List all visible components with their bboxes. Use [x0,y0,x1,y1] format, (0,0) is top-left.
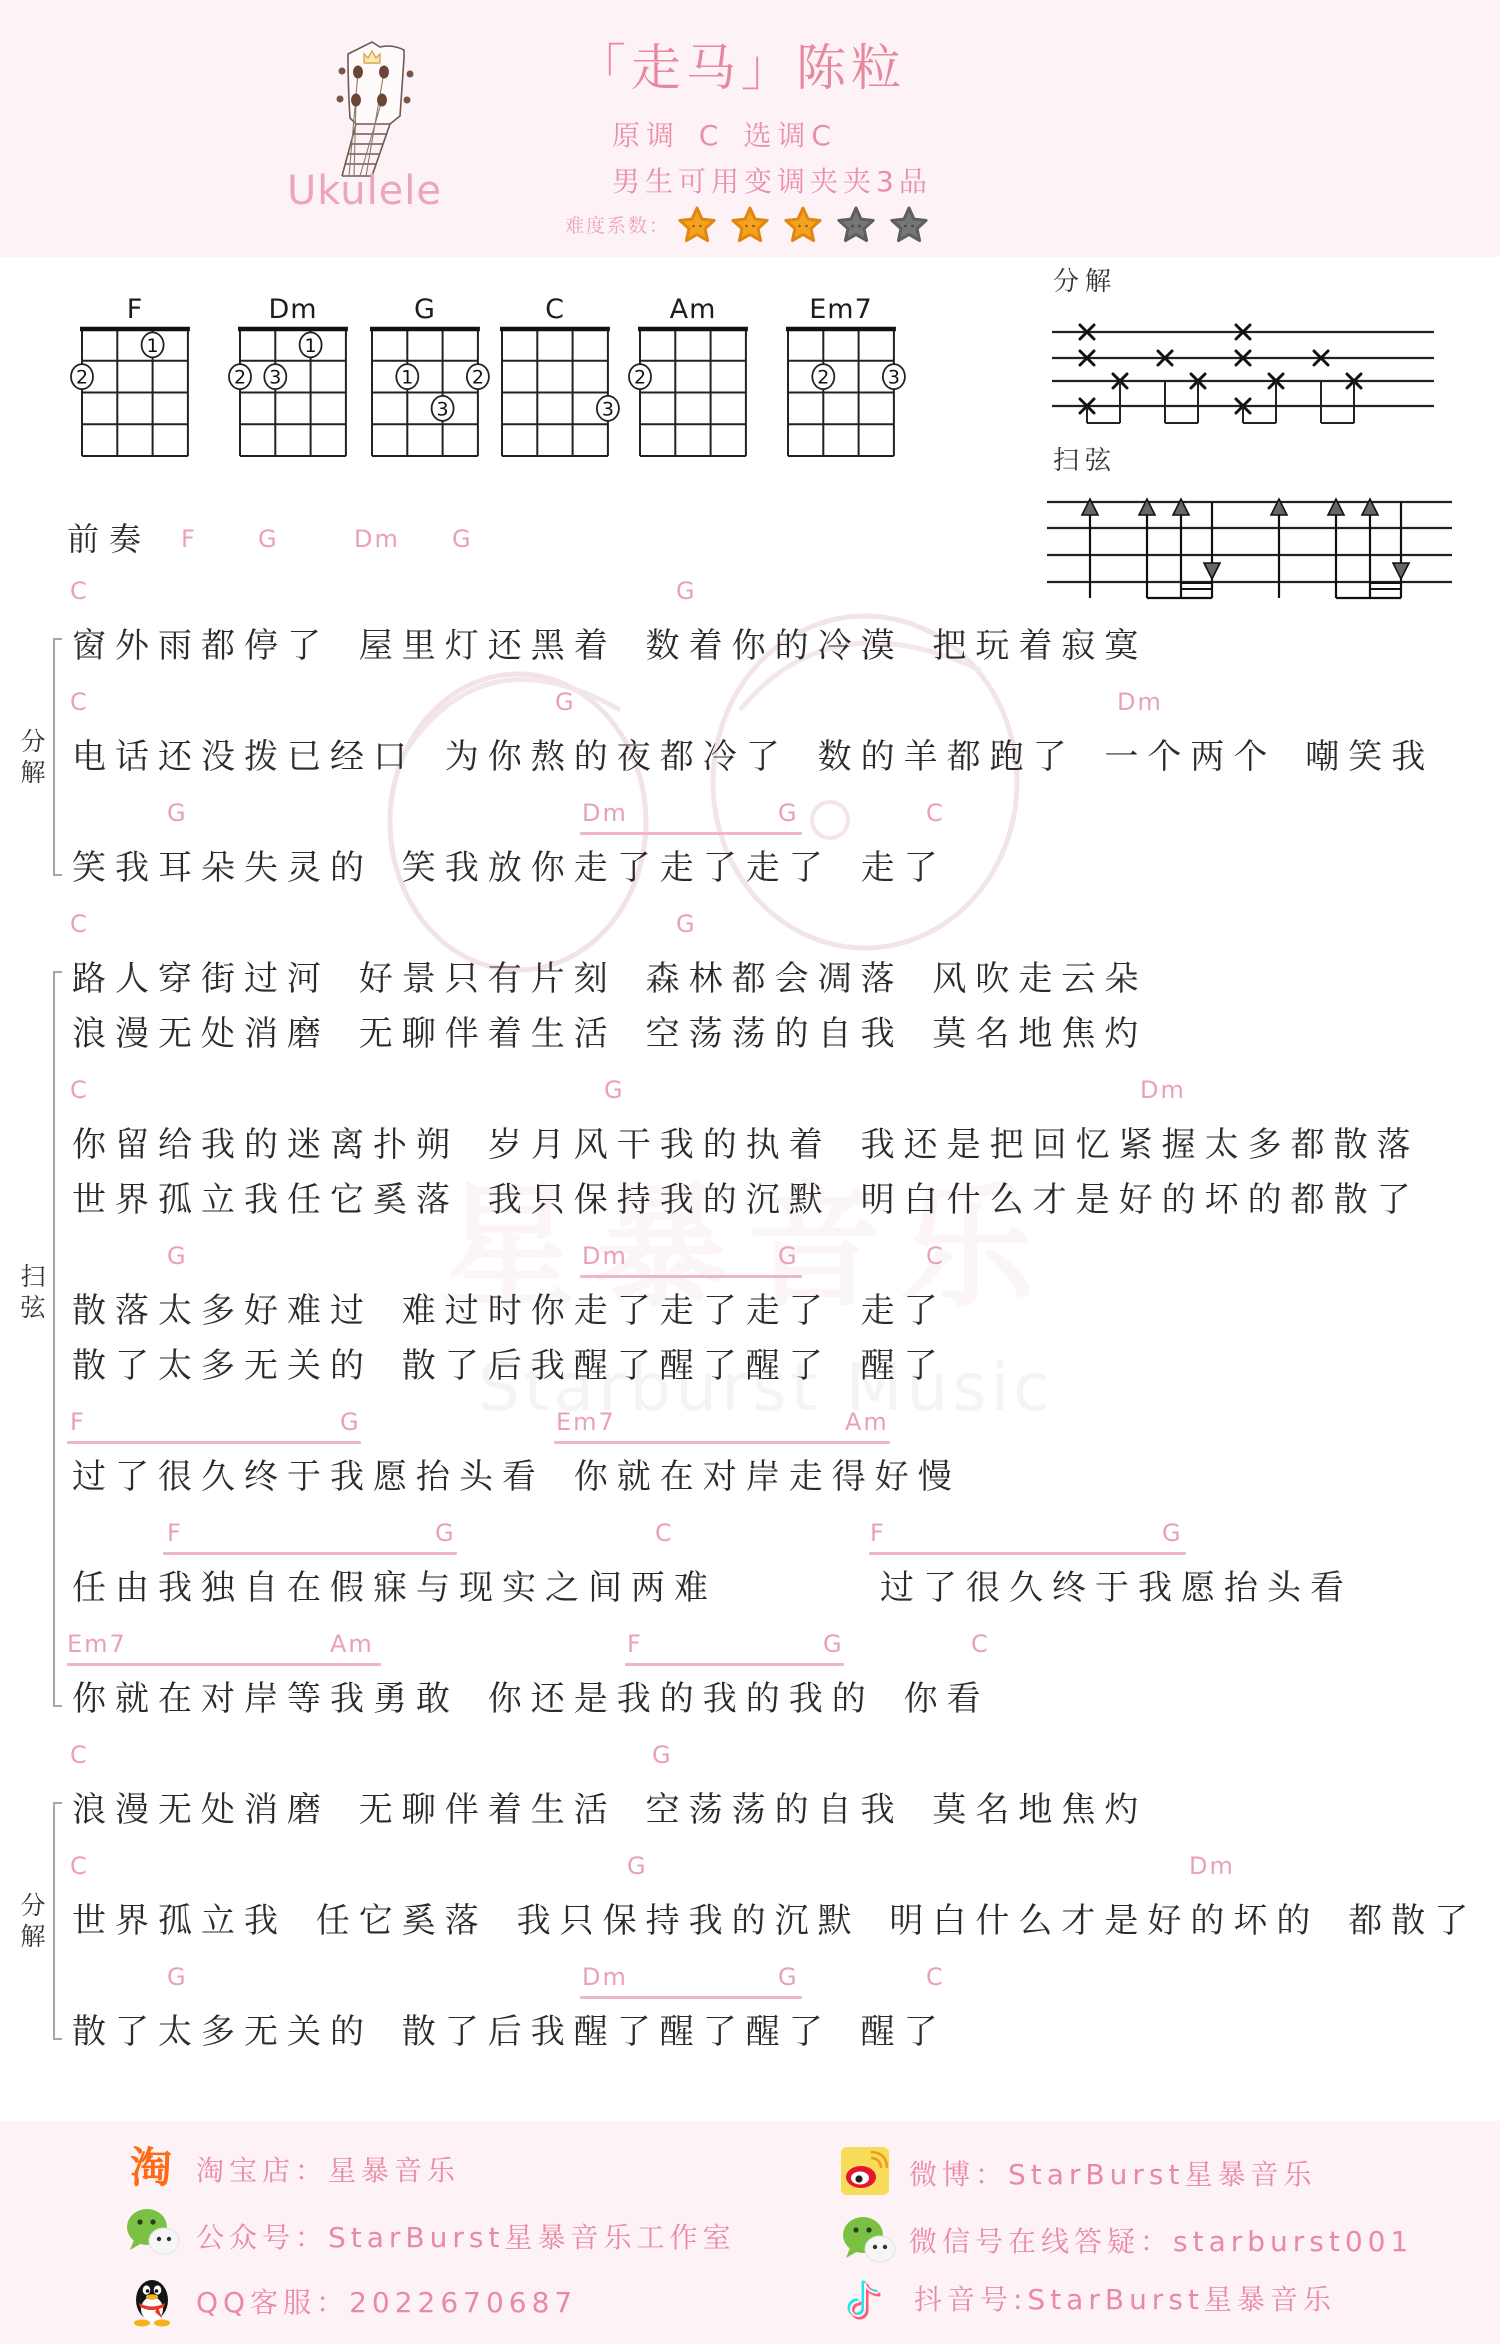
song-title: 「走马」陈粒 [576,38,906,98]
chord-symbol: C [70,674,89,730]
chord-diagram-am: Am 2 [624,294,764,464]
pluck-note [1236,325,1250,423]
chord-symbol: C [926,785,945,841]
chord-name: C [502,294,608,326]
star-filled-icon [783,205,823,245]
finger-marker: 1 [142,332,164,357]
chord-fretboard-grid: 12 [66,325,206,461]
chord-symbol: C [655,1505,674,1561]
lyric-text: 世界孤立我 任它奚落 我只保持我的沉默 明白什么才是好的坏的 都散了 [72,1894,1477,1949]
lyric-line: 电话还没拨已经口 为你熬的夜都冷了 数的羊都跑了 一个两个 嘲笑我 [0,730,1500,785]
lyric-text: 电话还没拨已经口 为你熬的夜都冷了 数的羊都跑了 一个两个 嘲笑我 [72,730,1434,785]
star-empty-icon [889,205,929,245]
chord-row: CG [0,1727,1500,1783]
lyric-line: 浪漫无处消磨 无聊伴着生活 空荡荡的自我 莫名地焦灼 [0,1007,1500,1062]
chord-row: FGCFG [0,1505,1500,1561]
strum-arrow-up-icon [1271,499,1287,598]
chord-row: GDmGC [0,1228,1500,1284]
douyin-text: 抖音号:StarBurst星暴音乐 [914,2282,1336,2318]
pluck-note [1158,351,1172,423]
star-filled-icon [730,205,770,245]
finger-number: 2 [472,367,484,389]
pluck-note [1314,351,1328,423]
chord-tie-line [869,1552,1186,1555]
lyric-line: 你留给我的迷离扑朔 岁月风干我的执着 我还是把回忆紧握太多都散落 [0,1118,1500,1173]
finger-number: 2 [76,367,88,389]
lyric-text: 散落太多好难过 难过时你走了走了走了 走了 [72,1284,947,1339]
lyric-text: 浪漫无处消磨 无聊伴着生活 空荡荡的自我 莫名地焦灼 [72,1783,1147,1838]
finger-marker: 2 [71,364,93,389]
chord-symbol: G [604,1062,625,1118]
chord-tie-line [625,1663,844,1666]
finger-marker: 3 [597,396,619,421]
chord-symbol: C [926,1949,945,2005]
chord-symbol: F [181,515,197,563]
chord-name: Am [640,294,746,326]
strum-arrow-up-icon [1139,499,1155,598]
chord-diagram-em7: Em7 23 [772,294,912,464]
chord-symbol: C [926,1228,945,1284]
chord-fretboard-grid: 123 [356,325,496,461]
taobao-store-text: 淘宝店：星暴音乐 [196,2153,460,2189]
lyric-line: 散了太多无关的 散了后我醒了醒了醒了 醒了 [0,2005,1500,2060]
picking-pattern-staff [1040,320,1460,430]
lyric-line: 世界孤立我 任它奚落 我只保持我的沉默 明白什么才是好的坏的 都散了 [0,1894,1500,1949]
finger-number: 1 [305,335,317,357]
qq-service-text: QQ客服：2022670687 [196,2285,577,2321]
finger-number: 3 [269,367,281,389]
chord-symbol: G [555,674,576,730]
chord-name: Dm [240,294,346,326]
chord-diagram-dm: Dm 123 [224,294,364,464]
lyric-text: 窗外雨都停了 屋里灯还黑着 数着你的冷漠 把玩着寂寞 [72,619,1147,674]
wechat-icon [840,2214,898,2266]
strum-pattern-staff [1040,490,1460,606]
star-filled-icon [677,205,717,245]
finger-marker: 3 [883,364,905,389]
finger-number: 3 [602,398,614,420]
finger-marker: 2 [629,364,651,389]
qq-icon [128,2276,176,2328]
chord-diagram-f: F 12 [66,294,206,464]
chord-symbol: Dm [1189,1838,1235,1894]
capo-note: 男生可用变调夹夹3品 [612,164,932,200]
chord-name: Em7 [788,294,894,326]
chord-row: GDmGC [0,1949,1500,2005]
chord-fretboard-grid: 2 [624,325,764,461]
lyric-line: 世界孤立我任它奚落 我只保持我的沉默 明白什么才是好的坏的都散了 [0,1173,1500,1228]
lyric-text: 散了太多无关的 散了后我醒了醒了醒了 醒了 [72,2005,947,2060]
chord-symbol: G [676,563,697,619]
taobao-icon [122,2145,180,2191]
strum-pattern-label: 扫弦 [1053,446,1117,476]
lyrics-sheet: 前奏FGDmG分解CG窗外雨都停了 屋里灯还黑着 数着你的冷漠 把玩着寂寞CGD… [0,515,1500,2060]
chord-tie-line [67,1663,381,1666]
lyric-text: 你就在对岸等我勇敢 你还是我的我的我的 你看 [72,1672,990,1727]
chord-fretboard-grid: 23 [772,325,912,461]
chord-symbol: G [627,1838,648,1894]
key-info: 原调 C 选调C [612,118,837,154]
chord-tie-line [580,832,802,835]
lyric-line: 任由我独自在假寐与现实之间两难过了很久终于我愿抬头看 [0,1561,1500,1616]
strum-arrow-up-icon [1082,499,1098,598]
logo-text: Ukulele [287,168,442,214]
lyric-line: 散落太多好难过 难过时你走了走了走了 走了 [0,1284,1500,1339]
chord-tie-line [580,1996,802,1999]
chord-fretboard-grid: 123 [224,325,364,461]
lyric-text: 世界孤立我任它奚落 我只保持我的沉默 明白什么才是好的坏的都散了 [72,1173,1420,1228]
lyric-line: 窗外雨都停了 屋里灯还黑着 数着你的冷漠 把玩着寂寞 [0,619,1500,674]
chord-row: CGDm [0,1062,1500,1118]
lyric-text: 任由我独自在假寐与现实之间两难 [72,1561,717,1616]
chord-symbol: C [971,1616,990,1672]
star-empty-icon [836,205,876,245]
lyric-line: 浪漫无处消磨 无聊伴着生活 空荡荡的自我 莫名地焦灼 [0,1783,1500,1838]
chord-symbol: G [167,1228,188,1284]
wechat-support-text: 微信号在线答疑：starburst001 [909,2224,1413,2260]
finger-marker: 2 [812,364,834,389]
finger-number: 1 [147,335,159,357]
lyric-line: 笑我耳朵失灵的 笑我放你走了走了走了 走了 [0,841,1500,896]
song-section: 扫弦CG路人穿街过河 好景只有片刻 森林都会凋落 风吹走云朵浪漫无处消磨 无聊伴… [0,896,1500,1727]
chord-symbol: Dm [354,515,400,563]
chord-symbol: G [167,1949,188,2005]
chord-symbol: C [70,563,89,619]
finger-marker: 1 [396,364,418,389]
chord-symbol: G [676,896,697,952]
chord-name: F [82,294,188,326]
finger-marker: 3 [432,396,454,421]
chord-diagram-g: G 123 [356,294,496,464]
chord-symbol: G [167,785,188,841]
finger-marker: 2 [229,364,251,389]
strum-arrow-up-icon [1328,499,1344,598]
difficulty-label: 难度系数： [565,212,670,240]
finger-marker: 3 [264,364,286,389]
chord-symbol: G [652,1727,673,1783]
chord-name: G [372,294,478,326]
pluck-note [1080,325,1094,423]
lyric-text: 过了很久终于我愿抬头看 [880,1561,1353,1616]
finger-number: 2 [634,367,646,389]
lyric-text: 浪漫无处消磨 无聊伴着生活 空荡荡的自我 莫名地焦灼 [72,1007,1147,1062]
chord-fretboard-grid: 3 [486,325,626,461]
chord-tie-line [67,1441,361,1444]
chord-tie-line [580,1275,802,1278]
lyric-text: 路人穿街过河 好景只有片刻 森林都会凋落 风吹走云朵 [72,952,1147,1007]
chord-symbol: G [258,515,279,563]
lyric-text: 散了太多无关的 散了后我醒了醒了醒了 醒了 [72,1339,947,1394]
weibo-text: 微博：StarBurst星暴音乐 [909,2157,1316,2193]
chord-row: Em7AmFGC [0,1616,1500,1672]
lyric-line: 散了太多无关的 散了后我醒了醒了醒了 醒了 [0,1339,1500,1394]
chord-symbol: C [70,1838,89,1894]
ukulele-headstock-icon [292,38,442,183]
finger-number: 1 [401,367,413,389]
chord-symbol: C [70,896,89,952]
finger-number: 3 [888,367,900,389]
wechat-account-text: 公众号：StarBurst星暴音乐工作室 [196,2220,735,2256]
chord-row: FGEm7Am [0,1394,1500,1450]
lyric-line: 过了很久终于我愿抬头看 你就在对岸走得好慢 [0,1450,1500,1505]
chord-diagram-c: C 3 [486,294,626,464]
lyric-text: 你留给我的迷离扑朔 岁月风干我的执着 我还是把回忆紧握太多都散落 [72,1118,1420,1173]
chord-row: GDmGC [0,785,1500,841]
chord-tie-line [163,1552,457,1555]
finger-number: 2 [817,367,829,389]
weibo-icon [840,2146,890,2196]
finger-marker: 1 [300,332,322,357]
chord-tie-line [554,1441,890,1444]
song-section: 分解CG浪漫无处消磨 无聊伴着生活 空荡荡的自我 莫名地焦灼CGDm世界孤立我 … [0,1727,1500,2060]
footer-contact-panel: 淘宝店：星暴音乐 公众号：StarBurst星暴音乐工作室 QQ客服：20226… [0,2121,1500,2344]
lyric-line: 路人穿街过河 好景只有片刻 森林都会凋落 风吹走云朵 [0,952,1500,1007]
chord-symbol: Dm [1117,674,1163,730]
chord-symbol: Dm [1140,1062,1186,1118]
chord-row: CG [0,896,1500,952]
picking-pattern-label: 分解 [1053,267,1117,297]
lyric-line: 你就在对岸等我勇敢 你还是我的我的我的 你看 [0,1672,1500,1727]
tiktok-icon [846,2279,884,2323]
lyric-text: 笑我耳朵失灵的 笑我放你走了走了走了 走了 [72,841,947,896]
finger-number: 3 [437,398,449,420]
finger-number: 2 [234,367,246,389]
chord-symbol: G [452,515,473,563]
chord-row: CGDm [0,1838,1500,1894]
wechat-icon [124,2206,182,2258]
chord-row: CGDm [0,674,1500,730]
intro-label: 前奏 [67,515,151,563]
chord-symbol: C [70,1062,89,1118]
difficulty-stars [677,205,929,245]
chord-symbol: C [70,1727,89,1783]
lyric-text: 过了很久终于我愿抬头看 你就在对岸走得好慢 [72,1450,961,1505]
header-banner: Ukulele 「走马」陈粒 原调 C 选调C 男生可用变调夹夹3品 难度系数： [0,0,1500,257]
song-section: 分解CG窗外雨都停了 屋里灯还黑着 数着你的冷漠 把玩着寂寞CGDm电话还没拨已… [0,563,1500,896]
